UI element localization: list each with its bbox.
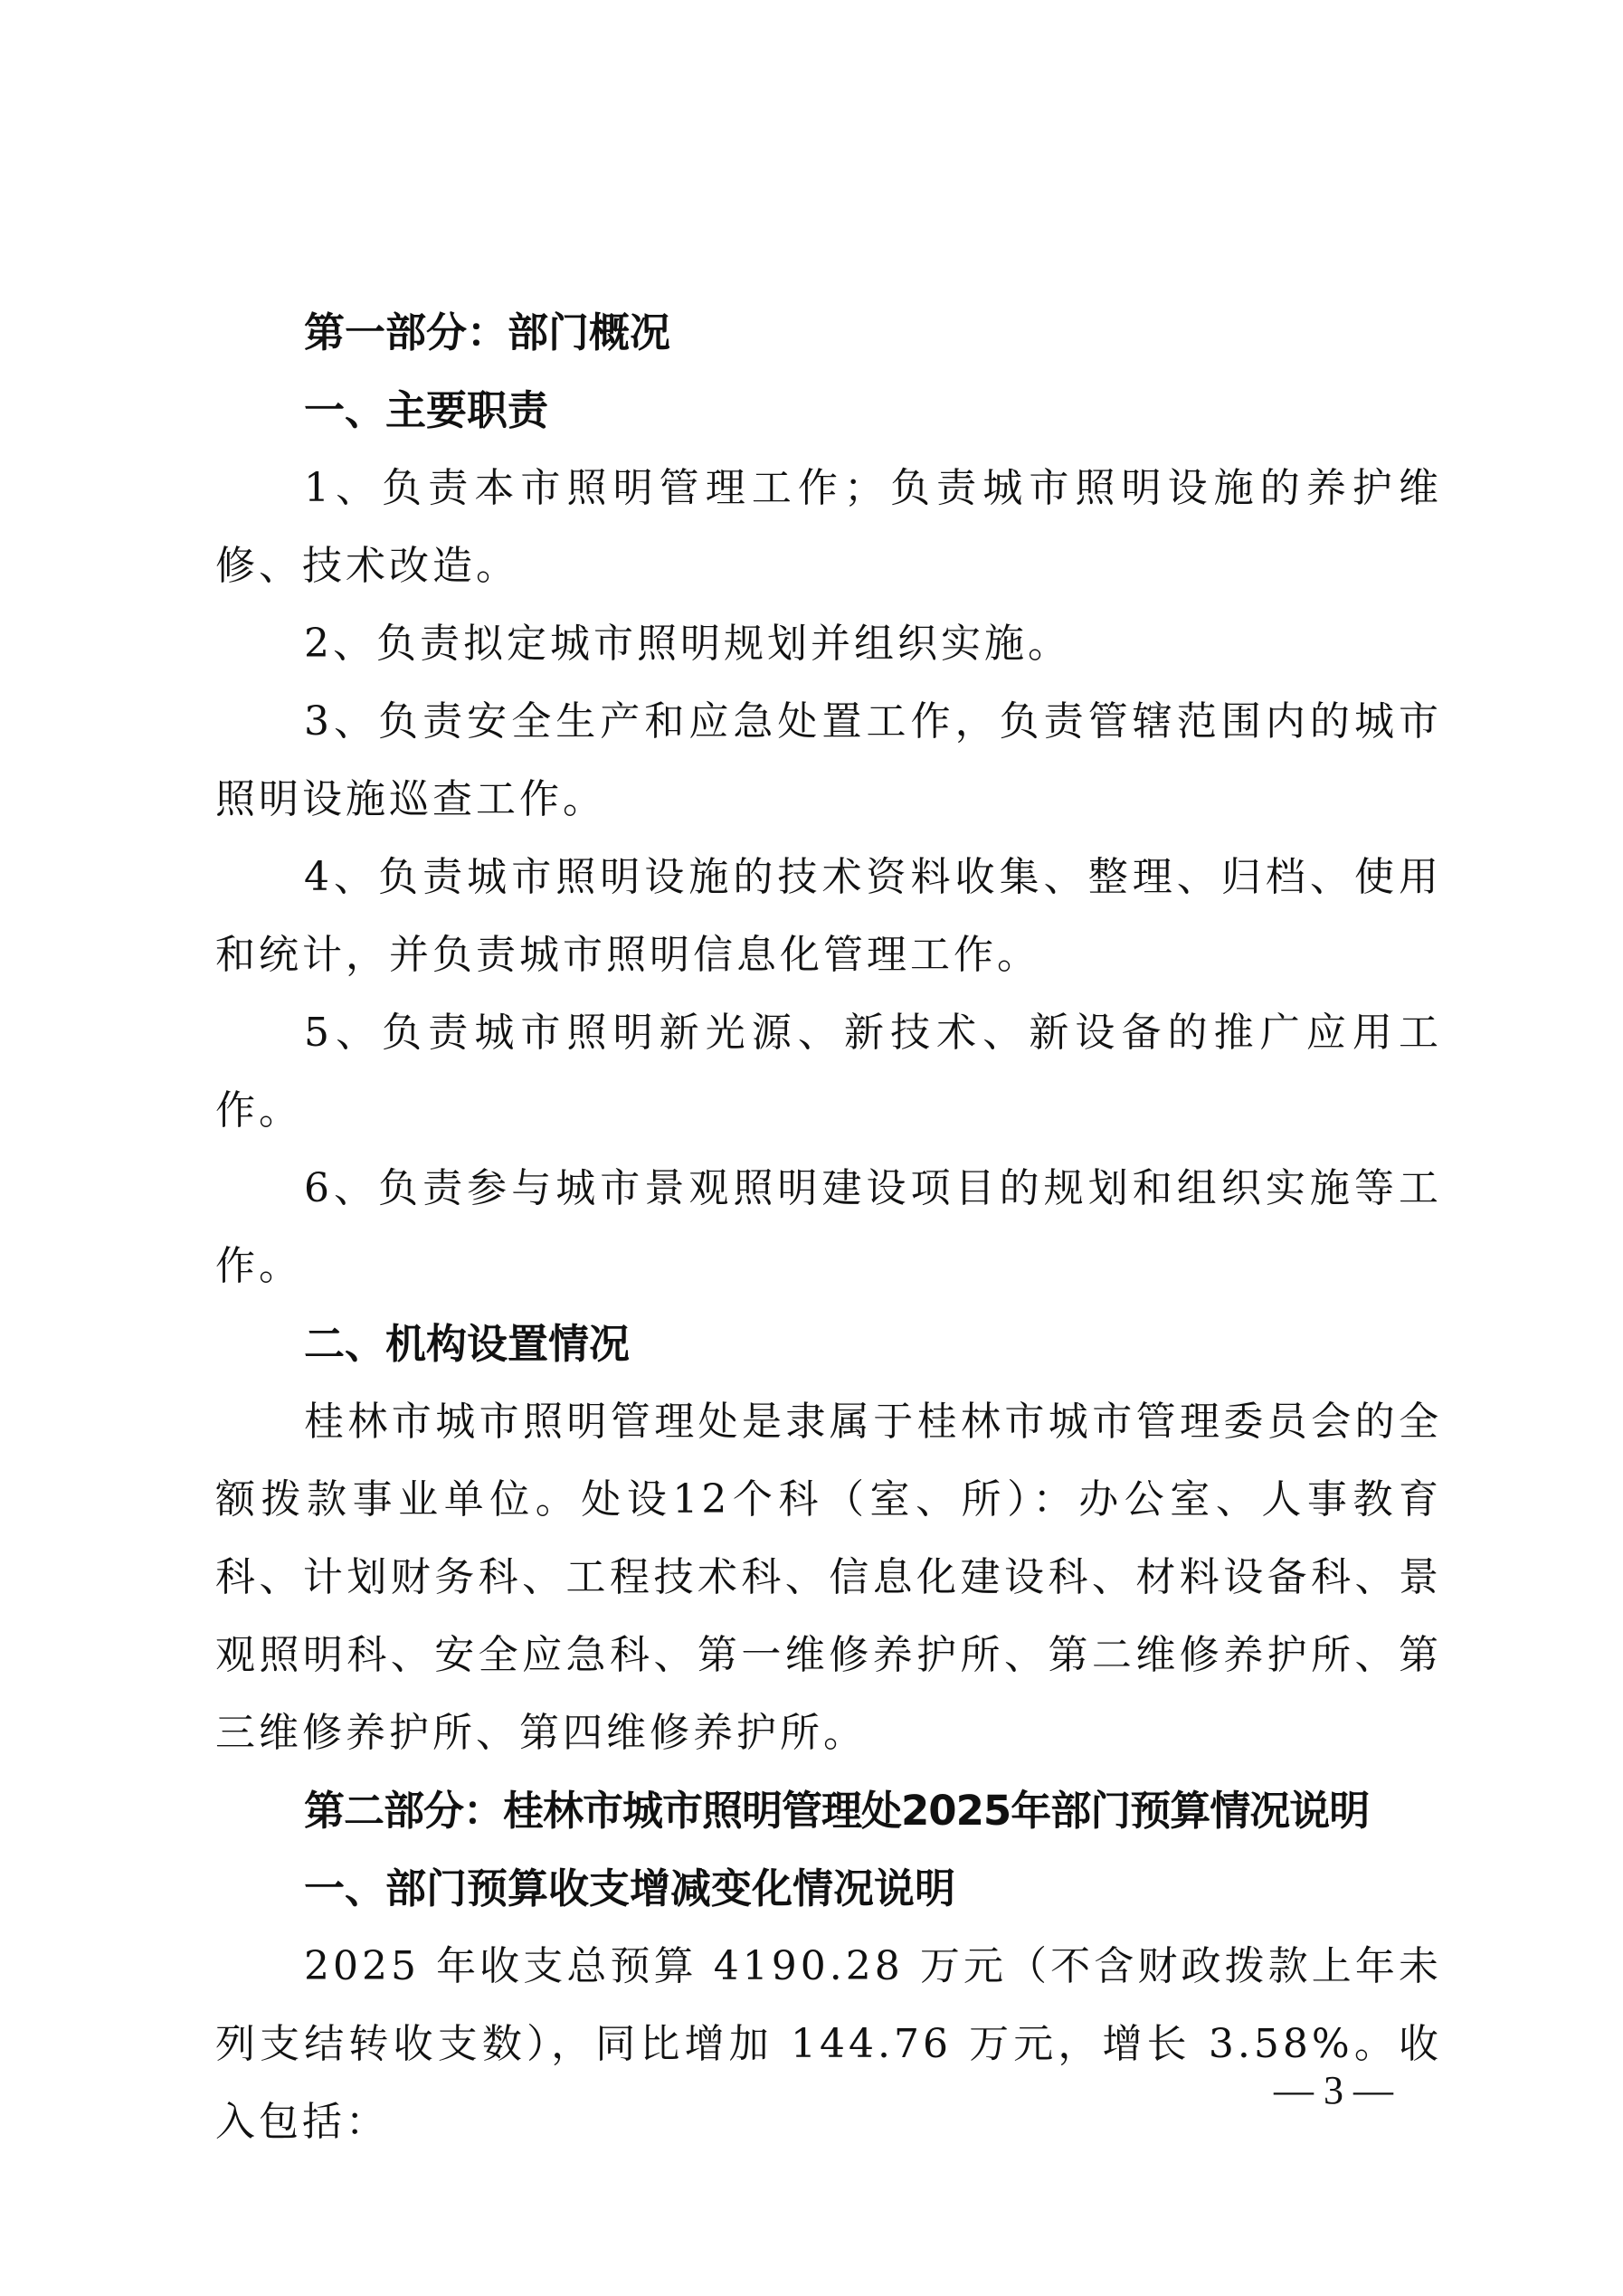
org-paragraph: 桂林市城市照明管理处是隶属于桂林市城市管理委员会的全额拨款事业单位。处设12个科… <box>215 1383 1442 1772</box>
duty-item-5: 5、负责城市照明新光源、新技术、新设备的推广应用工作。 <box>215 994 1442 1150</box>
duty-item-3: 3、负责安全生产和应急处置工作，负责管辖范围内的城市照明设施巡查工作。 <box>215 683 1442 839</box>
duty-item-2: 2、负责拟定城市照明规划并组织实施。 <box>215 605 1442 683</box>
duty-item-6: 6、负责参与城市景观照明建设项目的规划和组织实施等工作。 <box>215 1150 1442 1305</box>
section2-title: 二、机构设置情况 <box>215 1305 1442 1383</box>
duty-item-4: 4、负责城市照明设施的技术资料收集、整理、归档、使用和统计，并负责城市照明信息化… <box>215 839 1442 994</box>
part2-section1-title: 一、部门预算收支增减变化情况说明 <box>215 1850 1442 1928</box>
part1-title: 第一部分：部门概况 <box>215 294 1442 372</box>
budget-paragraph: 2025 年收支总预算 4190.28 万元（不含财政拨款上年未列支结转收支数）… <box>215 1928 1442 2161</box>
part2-title: 第二部分：桂林市城市照明管理处2025年部门预算情况说明 <box>215 1772 1442 1850</box>
document-page: 第一部分：部门概况 一、主要职责 1、负责本市照明管理工作；负责城市照明设施的养… <box>0 0 1623 2296</box>
section1-title: 一、主要职责 <box>215 372 1442 450</box>
document-body: 第一部分：部门概况 一、主要职责 1、负责本市照明管理工作；负责城市照明设施的养… <box>215 294 1442 2161</box>
page-number: — 3 — <box>1274 2067 1393 2113</box>
duty-item-1: 1、负责本市照明管理工作；负责城市照明设施的养护维修、技术改造。 <box>215 450 1442 605</box>
